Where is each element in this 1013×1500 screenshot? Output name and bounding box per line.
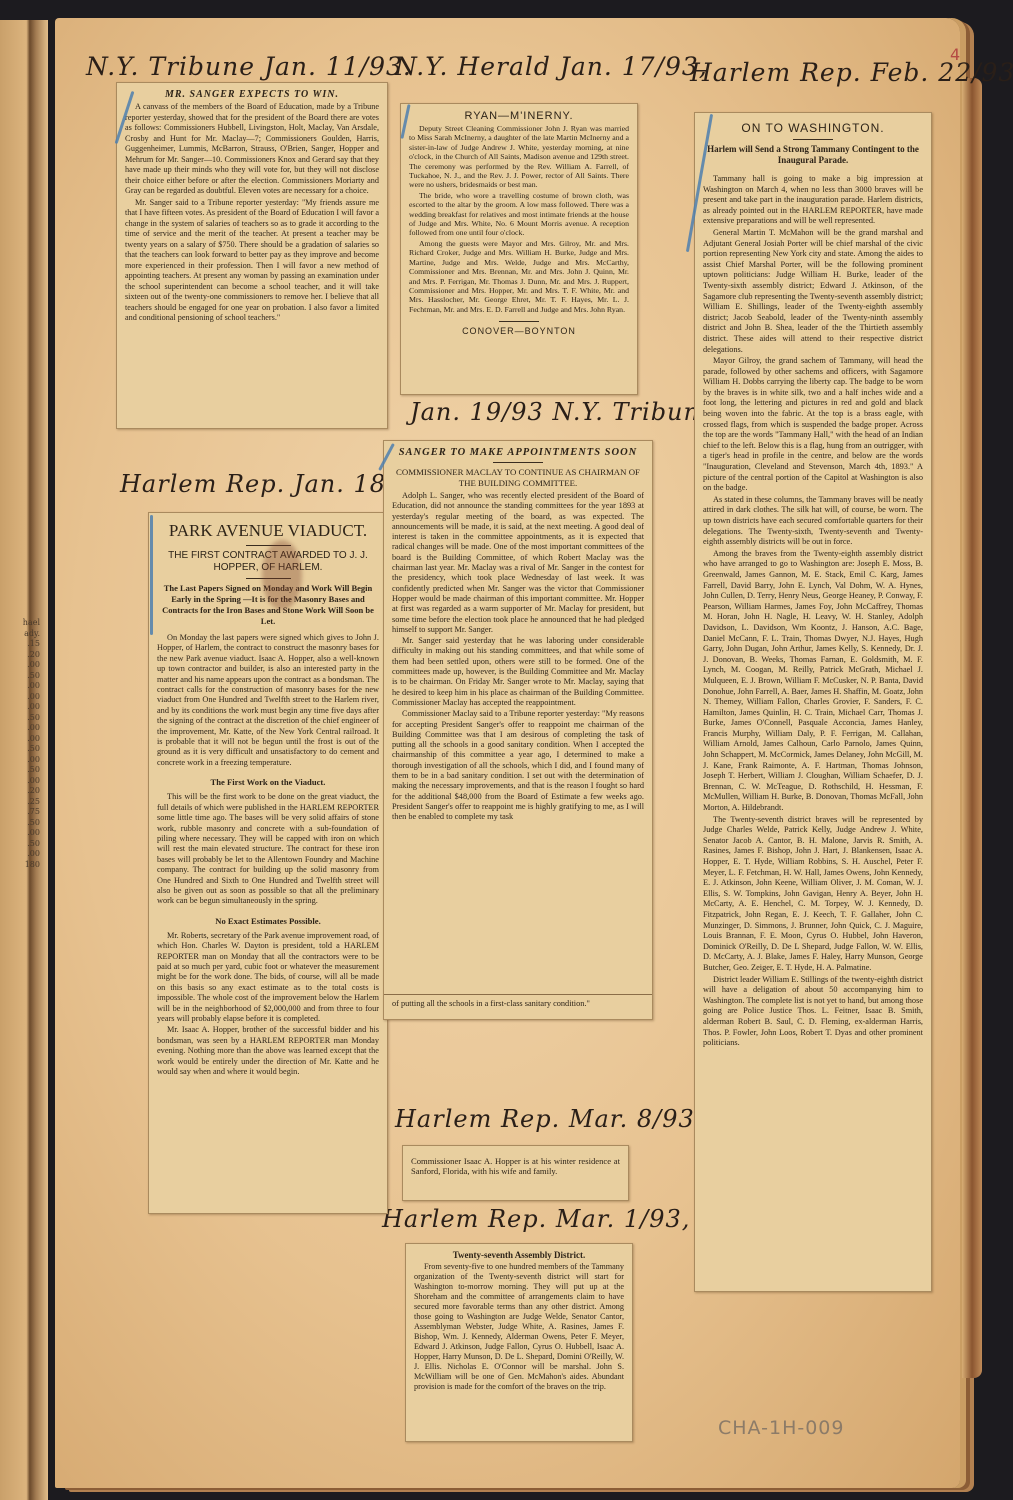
clipping-subtitle: COMMISSIONER MACLAY TO CONTINUE AS CHAIR… (384, 467, 652, 489)
clipping-ryan-mcinerny: RYAN—M'INERNY. Deputy Street Cleaning Co… (400, 103, 638, 395)
annotation-harlem-feb22: Harlem Rep. Feb. 22/93. (690, 58, 1013, 87)
paragraph: Among the guests were Mayor and Mrs. Gil… (409, 239, 629, 314)
paragraph: Mr. Sanger said to a Tribune reporter ye… (125, 198, 379, 324)
spine-fragment-line: .50 (0, 818, 40, 829)
paragraph: Deputy Street Cleaning Commissioner John… (409, 124, 629, 190)
section-heading: No Exact Estimates Possible. (149, 916, 387, 926)
clipping-sanger-expects-to-win: MR. SANGER EXPECTS TO WIN. A canvass of … (116, 82, 388, 429)
clipping-continuation: of putting all the schools in a first-cl… (384, 994, 652, 1011)
spine-fragment-line: .15 (0, 639, 40, 650)
clipping-body: Commissioner Isaac A. Hopper is at his w… (403, 1154, 628, 1179)
paragraph: Mr. Roberts, secretary of the Park avenu… (157, 931, 379, 1025)
clipping-title: MR. SANGER EXPECTS TO WIN. (117, 89, 387, 100)
annotation-herald-jan17: N.Y. Herald Jan. 17/93, (395, 52, 708, 81)
clipping-body: From seventy-five to one hundred members… (406, 1260, 632, 1395)
paragraph: Commissioner Maclay said to a Tribune re… (392, 709, 644, 822)
clipping-title: Twenty-seventh Assembly District. (406, 1250, 632, 1260)
annotation-harlem-mar8: Harlem Rep. Mar. 8/93, (395, 1105, 703, 1133)
clipping-body: Mr. Roberts, secretary of the Park avenu… (149, 929, 387, 1081)
paragraph: This will be the first work to be done o… (157, 792, 379, 906)
paragraph: Adolph L. Sanger, who was recently elect… (392, 491, 644, 635)
blue-pencil-mark (150, 515, 153, 635)
paragraph: From seventy-five to one hundred members… (414, 1262, 624, 1392)
ink-stain (262, 540, 302, 610)
annotation-tribune-jan11: N.Y. Tribune Jan. 11/93. (86, 52, 412, 81)
spine-fragment-line: .00 (0, 828, 40, 839)
paragraph: The Twenty-seventh district braves will … (703, 815, 923, 974)
paragraph: A canvass of the members of the Board of… (125, 102, 379, 197)
archive-id-label: CHA-1H-009 (718, 1417, 845, 1439)
spine-fragment-line: .00 (0, 660, 40, 671)
spine-fragment-line: .25 (0, 797, 40, 808)
adjacent-page-fragment: haelady..15.20.00.50.00.00.00.50.00.00.5… (0, 618, 40, 870)
clipping-subtitle: Harlem will Send a Strong Tammany Contin… (695, 144, 931, 166)
clipping-body: A canvass of the members of the Board of… (117, 100, 387, 327)
clipping-hopper-florida: Commissioner Isaac A. Hopper is at his w… (402, 1145, 629, 1201)
paragraph: Tammany hall is going to make a big impr… (703, 174, 923, 227)
paragraph: Among the braves from the Twenty-eighth … (703, 549, 923, 814)
annotation-harlem-jan18: Harlem Rep. Jan. 18/93 (120, 470, 428, 498)
page-edge (962, 78, 982, 1378)
clipping-body: Adolph L. Sanger, who was recently elect… (384, 489, 652, 826)
spine-fragment-line: .50 (0, 671, 40, 682)
spine-fragment-line: .00 (0, 734, 40, 745)
spine-fragment-line: .50 (0, 744, 40, 755)
next-clipping-title-fragment: CONOVER—BOYNTON (401, 326, 637, 336)
clipping-on-to-washington: ON TO WASHINGTON. Harlem will Send a Str… (694, 112, 932, 1292)
clipping-body: Deputy Street Cleaning Commissioner John… (401, 122, 637, 317)
paragraph: On Monday the last papers were signed wh… (157, 633, 379, 768)
spine-fragment-line: ady. (0, 629, 40, 640)
paragraph: District leader William E. Stillings of … (703, 975, 923, 1049)
clipping-body: On Monday the last papers were signed wh… (149, 631, 387, 771)
paragraph: Mayor Gilroy, the grand sachem of Tamman… (703, 356, 923, 494)
clipping-sanger-appointments: SANGER TO MAKE APPOINTMENTS SOON COMMISS… (383, 440, 653, 1020)
spine-fragment-line: 180 (0, 860, 40, 871)
spine-fragment-line: .20 (0, 786, 40, 797)
clipping-twenty-seventh-district: Twenty-seventh Assembly District. From s… (405, 1243, 633, 1442)
section-heading: The First Work on the Viaduct. (149, 777, 387, 787)
paragraph: General Martin T. McMahon will be the gr… (703, 228, 923, 355)
spine-fragment-line: .00 (0, 776, 40, 787)
clipping-body: This will be the first work to be done o… (149, 790, 387, 909)
annotation-harlem-mar1: Harlem Rep. Mar. 1/93, (382, 1205, 690, 1233)
spine-fragment-line: .50 (0, 839, 40, 850)
spine-fragment-line: .00 (0, 692, 40, 703)
clipping-title: SANGER TO MAKE APPOINTMENTS SOON (384, 447, 652, 458)
clipping-title: RYAN—M'INERNY. (401, 110, 637, 122)
spine-fragment-line: .50 (0, 713, 40, 724)
spine-fragment-line: hael (0, 618, 40, 629)
spine-fragment-line: .00 (0, 681, 40, 692)
paragraph: Mr. Isaac A. Hopper, brother of the succ… (157, 1025, 379, 1077)
spine-fragment-line: .75 (0, 807, 40, 818)
paragraph: The bride, who wore a travelling costume… (409, 191, 629, 238)
spine-fragment-line: .20 (0, 650, 40, 661)
annotation-tribune-jan19: Jan. 19/93 N.Y. Tribune (410, 398, 715, 426)
clipping-body: Tammany hall is going to make a big impr… (695, 172, 931, 1052)
spine-fragment-line: .00 (0, 849, 40, 860)
spine-fragment-line: .00 (0, 723, 40, 734)
paragraph: Mr. Sanger said yesterday that he was la… (392, 636, 644, 708)
spine-fragment-line: .50 (0, 765, 40, 776)
paragraph: As stated in these columns, the Tammany … (703, 495, 923, 548)
spine-fragment-line: .00 (0, 702, 40, 713)
clipping-park-avenue-viaduct: PARK AVENUE VIADUCT. THE FIRST CONTRACT … (148, 512, 388, 1214)
clipping-title: PARK AVENUE VIADUCT. (149, 521, 387, 541)
spine-fragment-line: .00 (0, 755, 40, 766)
clipping-title: ON TO WASHINGTON. (695, 121, 931, 135)
